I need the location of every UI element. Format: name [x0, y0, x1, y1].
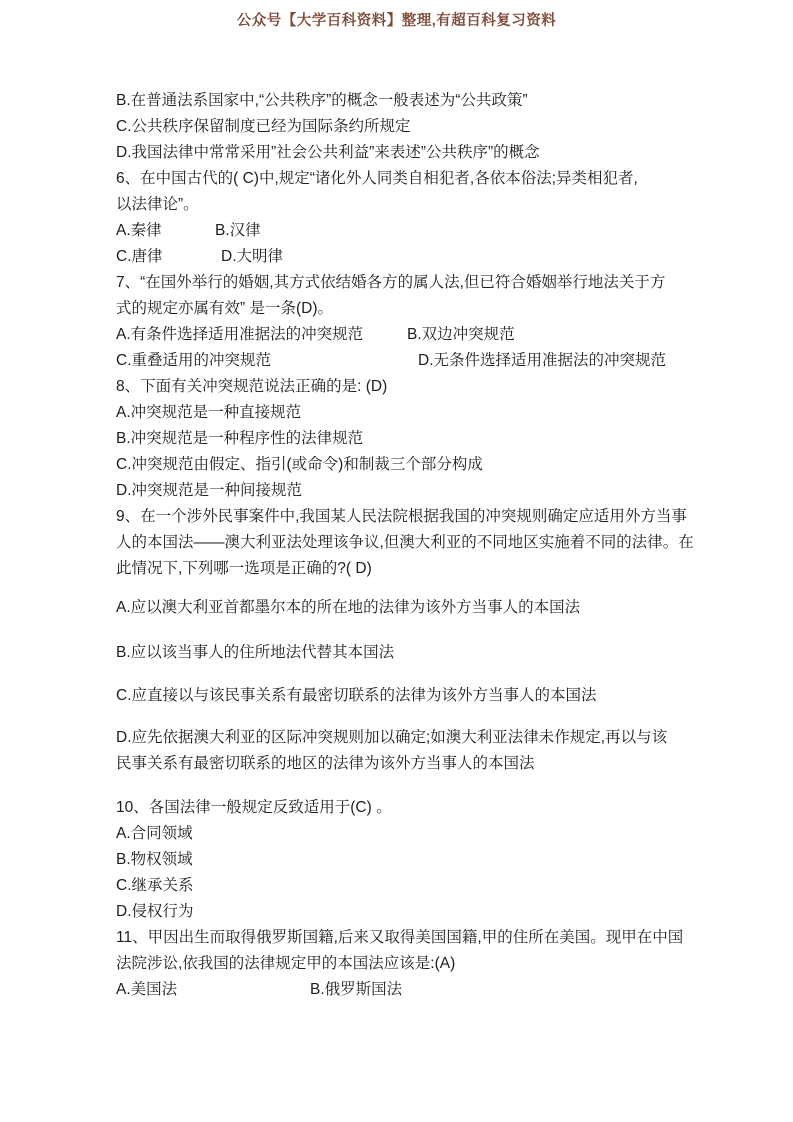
text-line: 民事关系有最密切联系的地区的法律为该外方当事人的本国法	[116, 751, 691, 777]
text-segment: 式的规定亦属有效” 是一条(D)。	[116, 296, 333, 322]
text-segment: 9、在一个涉外民事案件中,我国某人民法院根据我国的冲突规则确定应适用外方当事	[116, 504, 687, 530]
text-segment: B.双边冲突规范	[407, 322, 515, 348]
text-line: 式的规定亦属有效” 是一条(D)。	[116, 296, 691, 322]
text-segment: D.我国法律中常常采用”社会公共利益”来表述”公共秩序”的概念	[116, 140, 540, 166]
text-line: 10、各国法律一般规定反致适用于(C) 。	[116, 795, 691, 821]
text-line: 人的本国法——澳大利亚法处理该争议,但澳大利亚的不同地区实施着不同的法律。在	[116, 530, 691, 556]
text-line: C.冲突规范由假定、指引(或命令)和制裁三个部分构成	[116, 452, 691, 478]
text-line: C.应直接以与该民事关系有最密切联系的法律为该外方当事人的本国法	[116, 683, 691, 709]
text-line: A.美国法B.俄罗斯国法	[116, 977, 691, 1003]
text-segment: B.物权领域	[116, 847, 193, 873]
text-line: C.公共秩序保留制度已经为国际条约所规定	[116, 114, 691, 140]
text-line: B.应以该当事人的住所地法代替其本国法	[116, 640, 691, 666]
text-segment: C.公共秩序保留制度已经为国际条约所规定	[116, 114, 411, 140]
text-segment: C.重叠适用的冲突规范	[116, 348, 271, 374]
text-segment: B.在普通法系国家中,“公共秩序”的概念一般表述为“公共政策”	[116, 88, 528, 114]
text-line: C.继承关系	[116, 873, 691, 899]
text-line: C.唐律D.大明律	[116, 244, 691, 270]
text-line: A.有条件选择适用准据法的冲突规范B.双边冲突规范	[116, 322, 691, 348]
text-line: D.侵权行为	[116, 899, 691, 925]
text-segment: D.无条件选择适用准据法的冲突规范	[418, 348, 666, 374]
text-line: 8、下面有关冲突规范说法正确的是: (D)	[116, 374, 691, 400]
text-line: B.在普通法系国家中,“公共秩序”的概念一般表述为“公共政策”	[116, 88, 691, 114]
text-segment: D.冲突规范是一种间接规范	[116, 478, 302, 504]
text-line: D.冲突规范是一种间接规范	[116, 478, 691, 504]
text-segment: B.冲突规范是一种程序性的法律规范	[116, 426, 363, 452]
text-line: 法院涉讼,依我国的法律规定甲的本国法应该是:(A)	[116, 951, 691, 977]
text-segment: A.应以澳大利亚首都墨尔本的所在地的法律为该外方当事人的本国法	[116, 595, 580, 621]
text-line: A.秦律B.汉律	[116, 218, 691, 244]
page-header-watermark: 公众号【大学百科资料】整理,有超百科复习资料	[0, 9, 793, 30]
text-line: 以法律论”。	[116, 192, 691, 218]
text-line: B.冲突规范是一种程序性的法律规范	[116, 426, 691, 452]
text-segment: 8、下面有关冲突规范说法正确的是: (D)	[116, 374, 387, 400]
text-line: 11、甲因出生而取得俄罗斯国籍,后来又取得美国国籍,甲的住所在美国。现甲在中国	[116, 925, 691, 951]
text-segment: 民事关系有最密切联系的地区的法律为该外方当事人的本国法	[116, 751, 535, 777]
text-segment: B.应以该当事人的住所地法代替其本国法	[116, 640, 394, 666]
text-line: 9、在一个涉外民事案件中,我国某人民法院根据我国的冲突规则确定应适用外方当事	[116, 504, 691, 530]
text-segment: A.美国法	[116, 977, 177, 1003]
text-segment: A.冲突规范是一种直接规范	[116, 400, 301, 426]
text-segment: C.应直接以与该民事关系有最密切联系的法律为该外方当事人的本国法	[116, 683, 597, 709]
text-segment: 6、在中国古代的( C)中,规定“诸化外人同类自相犯者,各依本俗法;异类相犯者,	[116, 166, 638, 192]
text-segment: 7、“在国外举行的婚姻,其方式依结婚各方的属人法,但已符合婚姻举行地法关于方	[116, 270, 665, 296]
text-segment: A.有条件选择适用准据法的冲突规范	[116, 322, 363, 348]
text-line: C.重叠适用的冲突规范D.无条件选择适用准据法的冲突规范	[116, 348, 691, 374]
text-segment: D.大明律	[221, 244, 283, 270]
text-segment: 此情况下,下列哪一选项是正确的?( D)	[116, 556, 372, 582]
text-segment: A.合同领域	[116, 821, 193, 847]
text-segment: 人的本国法——澳大利亚法处理该争议,但澳大利亚的不同地区实施着不同的法律。在	[116, 530, 694, 556]
text-segment: D.应先依据澳大利亚的区际冲突规则加以确定;如澳大利亚法律未作规定,再以与该	[116, 725, 667, 751]
text-line: 此情况下,下列哪一选项是正确的?( D)	[116, 556, 691, 582]
text-segment: 以法律论”。	[116, 192, 199, 218]
text-segment: C.继承关系	[116, 873, 194, 899]
text-segment: 法院涉讼,依我国的法律规定甲的本国法应该是:(A)	[116, 951, 455, 977]
text-segment: 10、各国法律一般规定反致适用于(C) 。	[116, 795, 392, 821]
text-segment: C.唐律	[116, 244, 163, 270]
text-line: 7、“在国外举行的婚姻,其方式依结婚各方的属人法,但已符合婚姻举行地法关于方	[116, 270, 691, 296]
text-segment: D.侵权行为	[116, 899, 194, 925]
text-line: 6、在中国古代的( C)中,规定“诸化外人同类自相犯者,各依本俗法;异类相犯者,	[116, 166, 691, 192]
text-line: A.应以澳大利亚首都墨尔本的所在地的法律为该外方当事人的本国法	[116, 595, 691, 621]
document-page: 公众号【大学百科资料】整理,有超百科复习资料 B.在普通法系国家中,“公共秩序”…	[0, 0, 793, 1122]
text-line: D.应先依据澳大利亚的区际冲突规则加以确定;如澳大利亚法律未作规定,再以与该	[116, 725, 691, 751]
text-segment: A.秦律	[116, 218, 162, 244]
text-line: A.冲突规范是一种直接规范	[116, 400, 691, 426]
text-line: D.我国法律中常常采用”社会公共利益”来表述”公共秩序”的概念	[116, 140, 691, 166]
text-segment: 11、甲因出生而取得俄罗斯国籍,后来又取得美国国籍,甲的住所在美国。现甲在中国	[116, 925, 683, 951]
text-line: A.合同领域	[116, 821, 691, 847]
text-line: B.物权领域	[116, 847, 691, 873]
text-segment: C.冲突规范由假定、指引(或命令)和制裁三个部分构成	[116, 452, 483, 478]
document-body: B.在普通法系国家中,“公共秩序”的概念一般表述为“公共政策”C.公共秩序保留制…	[116, 88, 691, 1003]
text-segment: B.俄罗斯国法	[310, 977, 402, 1003]
text-segment: B.汉律	[215, 218, 261, 244]
